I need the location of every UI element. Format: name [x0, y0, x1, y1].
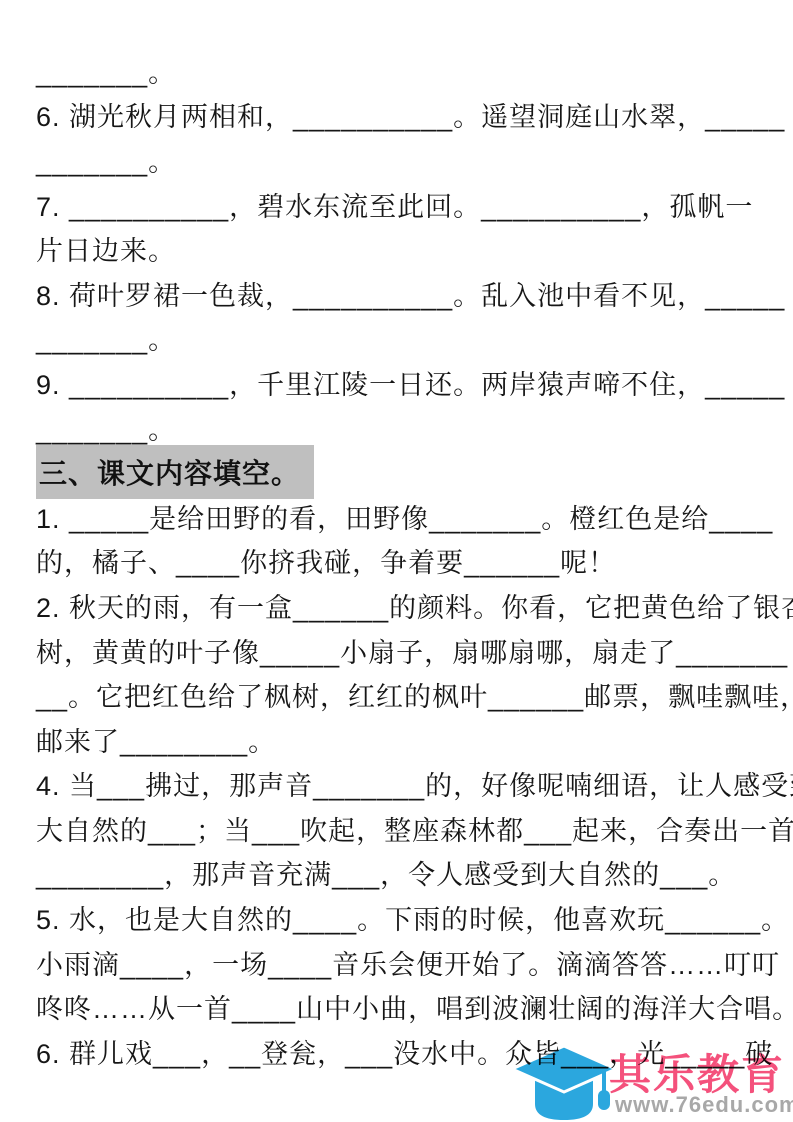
worksheet-line: 小雨滴____，一场____音乐会便开始了。滴滴答答……叮叮	[36, 940, 768, 985]
worksheet-line: 1. _____是给田野的看，田野像_______。橙红色是给____	[36, 494, 768, 539]
worksheet-line: 的，橘子、____你挤我碰，争着要______呢！	[36, 539, 768, 584]
worksheet-line: 9. __________，千里江陵一日还。两岸猿声啼不住，_____	[36, 360, 768, 405]
worksheet-line: 4. 当___拂过，那声音_______的，好像呢喃细语，让人感受到	[36, 762, 768, 807]
worksheet-line: 6. 湖光秋月两相和，__________。遥望洞庭山水翠，_____	[36, 93, 768, 138]
worksheet-line: __。它把红色给了枫树，红红的枫叶______邮票，飘哇飘哇，	[36, 672, 768, 717]
worksheet-body: _______。 6. 湖光秋月两相和，__________。遥望洞庭山水翠，_…	[36, 48, 768, 1074]
worksheet-line: _______。	[36, 48, 768, 93]
worksheet-line: 7. __________，碧水东流至此回。__________，孤帆一	[36, 182, 768, 227]
worksheet-line: 8. 荷叶罗裙一色裁，__________。乱入池中看不见，_____	[36, 271, 768, 316]
worksheet-line: 6. 群儿戏___，__登瓮，___没水中。众皆___，光_____破	[36, 1029, 768, 1074]
worksheet-line: 咚咚……从一首____山中小曲，唱到波澜壮阔的海洋大合唱。	[36, 984, 768, 1029]
worksheet-line: 大自然的___；当___吹起，整座森林都___起来，合奏出一首	[36, 806, 768, 851]
worksheet-line: 邮来了________。	[36, 717, 768, 762]
worksheet-line: 2. 秋天的雨，有一盒______的颜料。你看，它把黄色给了银杏	[36, 583, 768, 628]
section-header-row: 三、课文内容填空。	[36, 449, 768, 494]
worksheet-line: _______。	[36, 316, 768, 361]
worksheet-line: 树，黄黄的叶子像_____小扇子，扇哪扇哪，扇走了_______	[36, 628, 768, 673]
watermark-url: www.76edu.com	[615, 1092, 793, 1118]
worksheet-page: _______。 6. 湖光秋月两相和，__________。遥望洞庭山水翠，_…	[0, 0, 793, 1122]
worksheet-line: 片日边来。	[36, 226, 768, 271]
worksheet-line: ________，那声音充满___，令人感受到大自然的___。	[36, 851, 768, 896]
worksheet-line: 5. 水，也是大自然的____。下雨的时候，他喜欢玩______。	[36, 895, 768, 940]
worksheet-line: _______。	[36, 137, 768, 182]
section-header: 三、课文内容填空。	[36, 445, 314, 499]
worksheet-line: _______。	[36, 405, 768, 450]
